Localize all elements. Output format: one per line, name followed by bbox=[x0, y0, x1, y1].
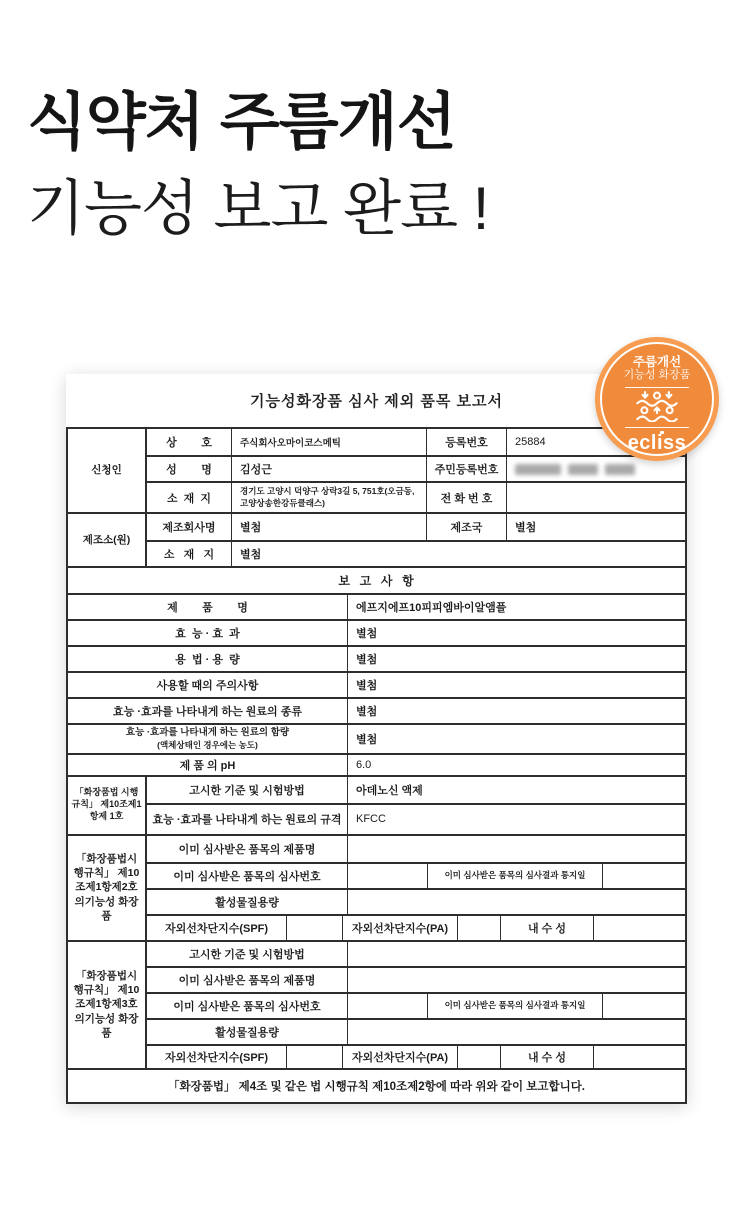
table-row-rule3-spf: 자외선차단지수(SPF) 자외선차단지수(PA) 내 수 성 bbox=[147, 1044, 685, 1068]
badge-inner-circle: 주름개선 기능성 화장품 ecliss bbox=[600, 342, 714, 456]
applicant-address-label: 소 재 지 bbox=[147, 483, 231, 512]
table-row-ingredient-amount: 효능 ·효과를 나타내게 하는 원료의 함량 (액체상태인 경우에는 농도) 별… bbox=[68, 723, 685, 753]
badge-brand-logo: ecliss bbox=[628, 432, 687, 454]
rule3-pa-value bbox=[457, 1046, 500, 1068]
table-row-rule2-spf: 자외선차단지수(SPF) 자외선차단지수(PA) 내 수 성 bbox=[147, 914, 685, 940]
ingredient-amount-label-sub: (액체상태인 경우에는 농도) bbox=[157, 740, 258, 751]
rule3-review-result-date-value bbox=[602, 994, 685, 1018]
manufacturer-country-label: 제조국 bbox=[426, 514, 506, 540]
badge-subtitle: 기능성 화장품 bbox=[624, 369, 691, 382]
resident-number-label: 주민등록번호 bbox=[426, 457, 506, 481]
rule2-spf-value bbox=[286, 916, 342, 940]
rule3-review-no-value bbox=[347, 994, 427, 1018]
efficacy-value: 별첨 bbox=[347, 621, 685, 645]
rule1-standard-value: 아데노신 액제 bbox=[347, 777, 685, 803]
manufacturer-group-label: 제조소(원) bbox=[68, 514, 147, 566]
table-row-applicant-address: 소 재 지 경기도 고양시 덕양구 상락3길 5, 751호(오금동, 고양상송… bbox=[147, 481, 685, 512]
manufacturer-address-label: 소 재 지 bbox=[147, 542, 231, 566]
rule3-water-value bbox=[593, 1046, 685, 1068]
table-row-manufacturer: 제조회사명 별첨 제조국 별첨 bbox=[147, 514, 685, 540]
wrinkle-improvement-badge: 주름개선 기능성 화장품 ecliss bbox=[595, 337, 719, 461]
rule2-water-value bbox=[593, 916, 685, 940]
table-row-ingredient-type: 효능 ·효과를 나타내게 하는 원료의 종류 별첨 bbox=[68, 697, 685, 723]
table-row-rule3-review-no: 이미 심사받은 품목의 심사번호 이미 심사받은 품목의 심사결과 통지일 bbox=[147, 992, 685, 1018]
trade-name-value: 주식회사오마이코스메틱 bbox=[231, 429, 426, 455]
ingredient-type-label: 효능 ·효과를 나타내게 하는 원료의 종류 bbox=[68, 699, 347, 723]
usage-label: 용 법 · 용 량 bbox=[68, 647, 347, 671]
headline-line2: 기능성 보고 완료 ! bbox=[27, 177, 488, 240]
table-row-name: 성 명 김성근 주민등록번호 bbox=[147, 455, 685, 481]
rule1-spec-label: 효능 ·효과를 나타내게 하는 원료의 규격 bbox=[147, 805, 347, 834]
rule2-review-no-label: 이미 심사받은 품목의 심사번호 bbox=[147, 864, 347, 888]
rule3-spf-label: 자외선차단지수(SPF) bbox=[147, 1046, 286, 1068]
manufacturer-company-value: 별첨 bbox=[231, 514, 426, 540]
ingredient-amount-value: 별첨 bbox=[347, 725, 685, 753]
ingredient-amount-label-main: 효능 ·효과를 나타내게 하는 원료의 함량 bbox=[126, 727, 289, 739]
badge-divider-bottom bbox=[625, 427, 689, 428]
efficacy-label: 효 능 · 효 과 bbox=[68, 621, 347, 645]
applicant-group-label: 신청인 bbox=[68, 429, 147, 512]
product-name-label: 제 품 명 bbox=[68, 595, 347, 619]
rule3-active-amount-value bbox=[347, 1020, 685, 1044]
badge-divider-top bbox=[625, 387, 689, 388]
rule3-review-result-date-label: 이미 심사받은 품목의 심사결과 통지일 bbox=[427, 994, 602, 1018]
ingredient-amount-label: 효능 ·효과를 나타내게 하는 원료의 함량 (액체상태인 경우에는 농도) bbox=[68, 725, 347, 753]
table-row-rule2-active-amount: 활성물질용량 bbox=[147, 888, 685, 914]
phone-value bbox=[506, 483, 685, 512]
rule3-reviewed-name-label: 이미 심사받은 품목의 제품명 bbox=[147, 968, 347, 992]
table-row-ph: 제 품 의 pH 6.0 bbox=[68, 753, 685, 775]
rule3-pa-label: 자외선차단지수(PA) bbox=[342, 1046, 457, 1068]
redacted-blur bbox=[515, 464, 635, 475]
rule1-section: 「화장품법 시행규칙」 제10조제1항제 1호 고시한 기준 및 시험방법 아데… bbox=[68, 775, 685, 834]
rule2-reviewed-name-label: 이미 심사받은 품목의 제품명 bbox=[147, 836, 347, 862]
phone-label: 전 화 번 호 bbox=[426, 483, 506, 512]
table-row-rule1-standard: 고시한 기준 및 시험방법 아데노신 액제 bbox=[147, 777, 685, 803]
caution-value: 별첨 bbox=[347, 673, 685, 697]
wrinkle-skin-icon bbox=[630, 391, 684, 422]
applicant-address-value: 경기도 고양시 덕양구 상락3길 5, 751호(오금동, 고양상송한강듀클래스… bbox=[231, 483, 426, 512]
ingredient-type-value: 별첨 bbox=[347, 699, 685, 723]
registration-number-label: 등록번호 bbox=[426, 429, 506, 455]
rule3-water-label: 내 수 성 bbox=[500, 1046, 593, 1068]
rule3-group-label: 「화장품법시행규칙」 제10조제1항제3호의기능성 화장품 bbox=[68, 942, 147, 1068]
table-row-efficacy: 효 능 · 효 과 별첨 bbox=[68, 619, 685, 645]
table-row-product-name: 제 품 명 에프지에프10피피엠바이알앰플 bbox=[68, 593, 685, 619]
applicant-section: 신청인 상 호 주식회사오마이코스메틱 등록번호 25884 성 명 김성근 주… bbox=[68, 429, 685, 512]
table-row-rule1-spec: 효능 ·효과를 나타내게 하는 원료의 규격 KFCC bbox=[147, 803, 685, 834]
rule2-active-amount-value bbox=[347, 890, 685, 914]
page: 식약처 주름개선 기능성 보고 완료 ! 기능성화장품 심사 제외 품목 보고서… bbox=[0, 0, 750, 1212]
rule2-spf-label: 자외선차단지수(SPF) bbox=[147, 916, 286, 940]
rule2-section: 「화장품법시행규칙」 제10조제1항제2호의기능성 화장품 이미 심사받은 품목… bbox=[68, 834, 685, 940]
name-label: 성 명 bbox=[147, 457, 231, 481]
rule2-pa-value bbox=[457, 916, 500, 940]
table-row-rule2-review-no: 이미 심사받은 품목의 심사번호 이미 심사받은 품목의 심사결과 통지일 bbox=[147, 862, 685, 888]
ph-value: 6.0 bbox=[347, 755, 685, 775]
report-document: 기능성화장품 심사 제외 품목 보고서 신청인 상 호 주식회사오마이코스메틱 … bbox=[66, 374, 687, 1104]
rule2-reviewed-name-value bbox=[347, 836, 685, 862]
rule3-reviewed-name-value bbox=[347, 968, 685, 992]
rule3-review-no-label: 이미 심사받은 품목의 심사번호 bbox=[147, 994, 347, 1018]
document-table: 신청인 상 호 주식회사오마이코스메틱 등록번호 25884 성 명 김성근 주… bbox=[66, 427, 687, 1104]
usage-value: 별첨 bbox=[347, 647, 685, 671]
manufacturer-country-value: 별첨 bbox=[506, 514, 685, 540]
table-row-rule3-active-amount: 활성물질용량 bbox=[147, 1018, 685, 1044]
rule3-spf-value bbox=[286, 1046, 342, 1068]
headline-line1: 식약처 주름개선 bbox=[27, 90, 488, 155]
manufacturer-company-label: 제조회사명 bbox=[147, 514, 231, 540]
rule2-group-label: 「화장품법시행규칙」 제10조제1항제2호의기능성 화장품 bbox=[68, 836, 147, 940]
table-row-rule3-reviewed-name: 이미 심사받은 품목의 제품명 bbox=[147, 966, 685, 992]
rule3-standard-label: 고시한 기준 및 시험방법 bbox=[147, 942, 347, 966]
table-row-rule3-standard: 고시한 기준 및 시험방법 bbox=[147, 942, 685, 966]
rule2-review-result-date-value bbox=[602, 864, 685, 888]
rule3-standard-value bbox=[347, 942, 685, 966]
table-row-usage: 용 법 · 용 량 별첨 bbox=[68, 645, 685, 671]
table-row-caution: 사용할 때의 주의사항 별첨 bbox=[68, 671, 685, 697]
document-title: 기능성화장품 심사 제외 품목 보고서 bbox=[66, 374, 687, 427]
table-row-rule2-reviewed-name: 이미 심사받은 품목의 제품명 bbox=[147, 836, 685, 862]
trade-name-label: 상 호 bbox=[147, 429, 231, 455]
rule1-spec-value: KFCC bbox=[347, 805, 685, 834]
rule3-active-amount-label: 활성물질용량 bbox=[147, 1020, 347, 1044]
footer-statement: 「화장품법」 제4조 및 같은 법 시행규칙 제10조제2항에 따라 위와 같이… bbox=[68, 1068, 685, 1102]
headline: 식약처 주름개선 기능성 보고 완료 ! bbox=[27, 90, 488, 240]
rule2-pa-label: 자외선차단지수(PA) bbox=[342, 916, 457, 940]
manufacturer-section: 제조소(원) 제조회사명 별첨 제조국 별첨 소 재 지 별첨 bbox=[68, 512, 685, 566]
badge-title: 주름개선 bbox=[633, 355, 681, 369]
rule2-water-label: 내 수 성 bbox=[500, 916, 593, 940]
rule3-section: 「화장품법시행규칙」 제10조제1항제3호의기능성 화장품 고시한 기준 및 시… bbox=[68, 940, 685, 1068]
ph-label: 제 품 의 pH bbox=[68, 755, 347, 775]
rule2-review-result-date-label: 이미 심사받은 품목의 심사결과 통지일 bbox=[427, 864, 602, 888]
manufacturer-address-value: 별첨 bbox=[231, 542, 685, 566]
caution-label: 사용할 때의 주의사항 bbox=[68, 673, 347, 697]
product-name-value: 에프지에프10피피엠바이알앰플 bbox=[347, 595, 685, 619]
rule1-standard-label: 고시한 기준 및 시험방법 bbox=[147, 777, 347, 803]
table-row-manufacturer-address: 소 재 지 별첨 bbox=[147, 540, 685, 566]
name-value: 김성근 bbox=[231, 457, 426, 481]
rule2-active-amount-label: 활성물질용량 bbox=[147, 890, 347, 914]
report-section-header: 보 고 사 항 bbox=[68, 566, 685, 593]
rule1-group-label: 「화장품법 시행규칙」 제10조제1항제 1호 bbox=[68, 777, 147, 834]
rule2-review-no-value bbox=[347, 864, 427, 888]
